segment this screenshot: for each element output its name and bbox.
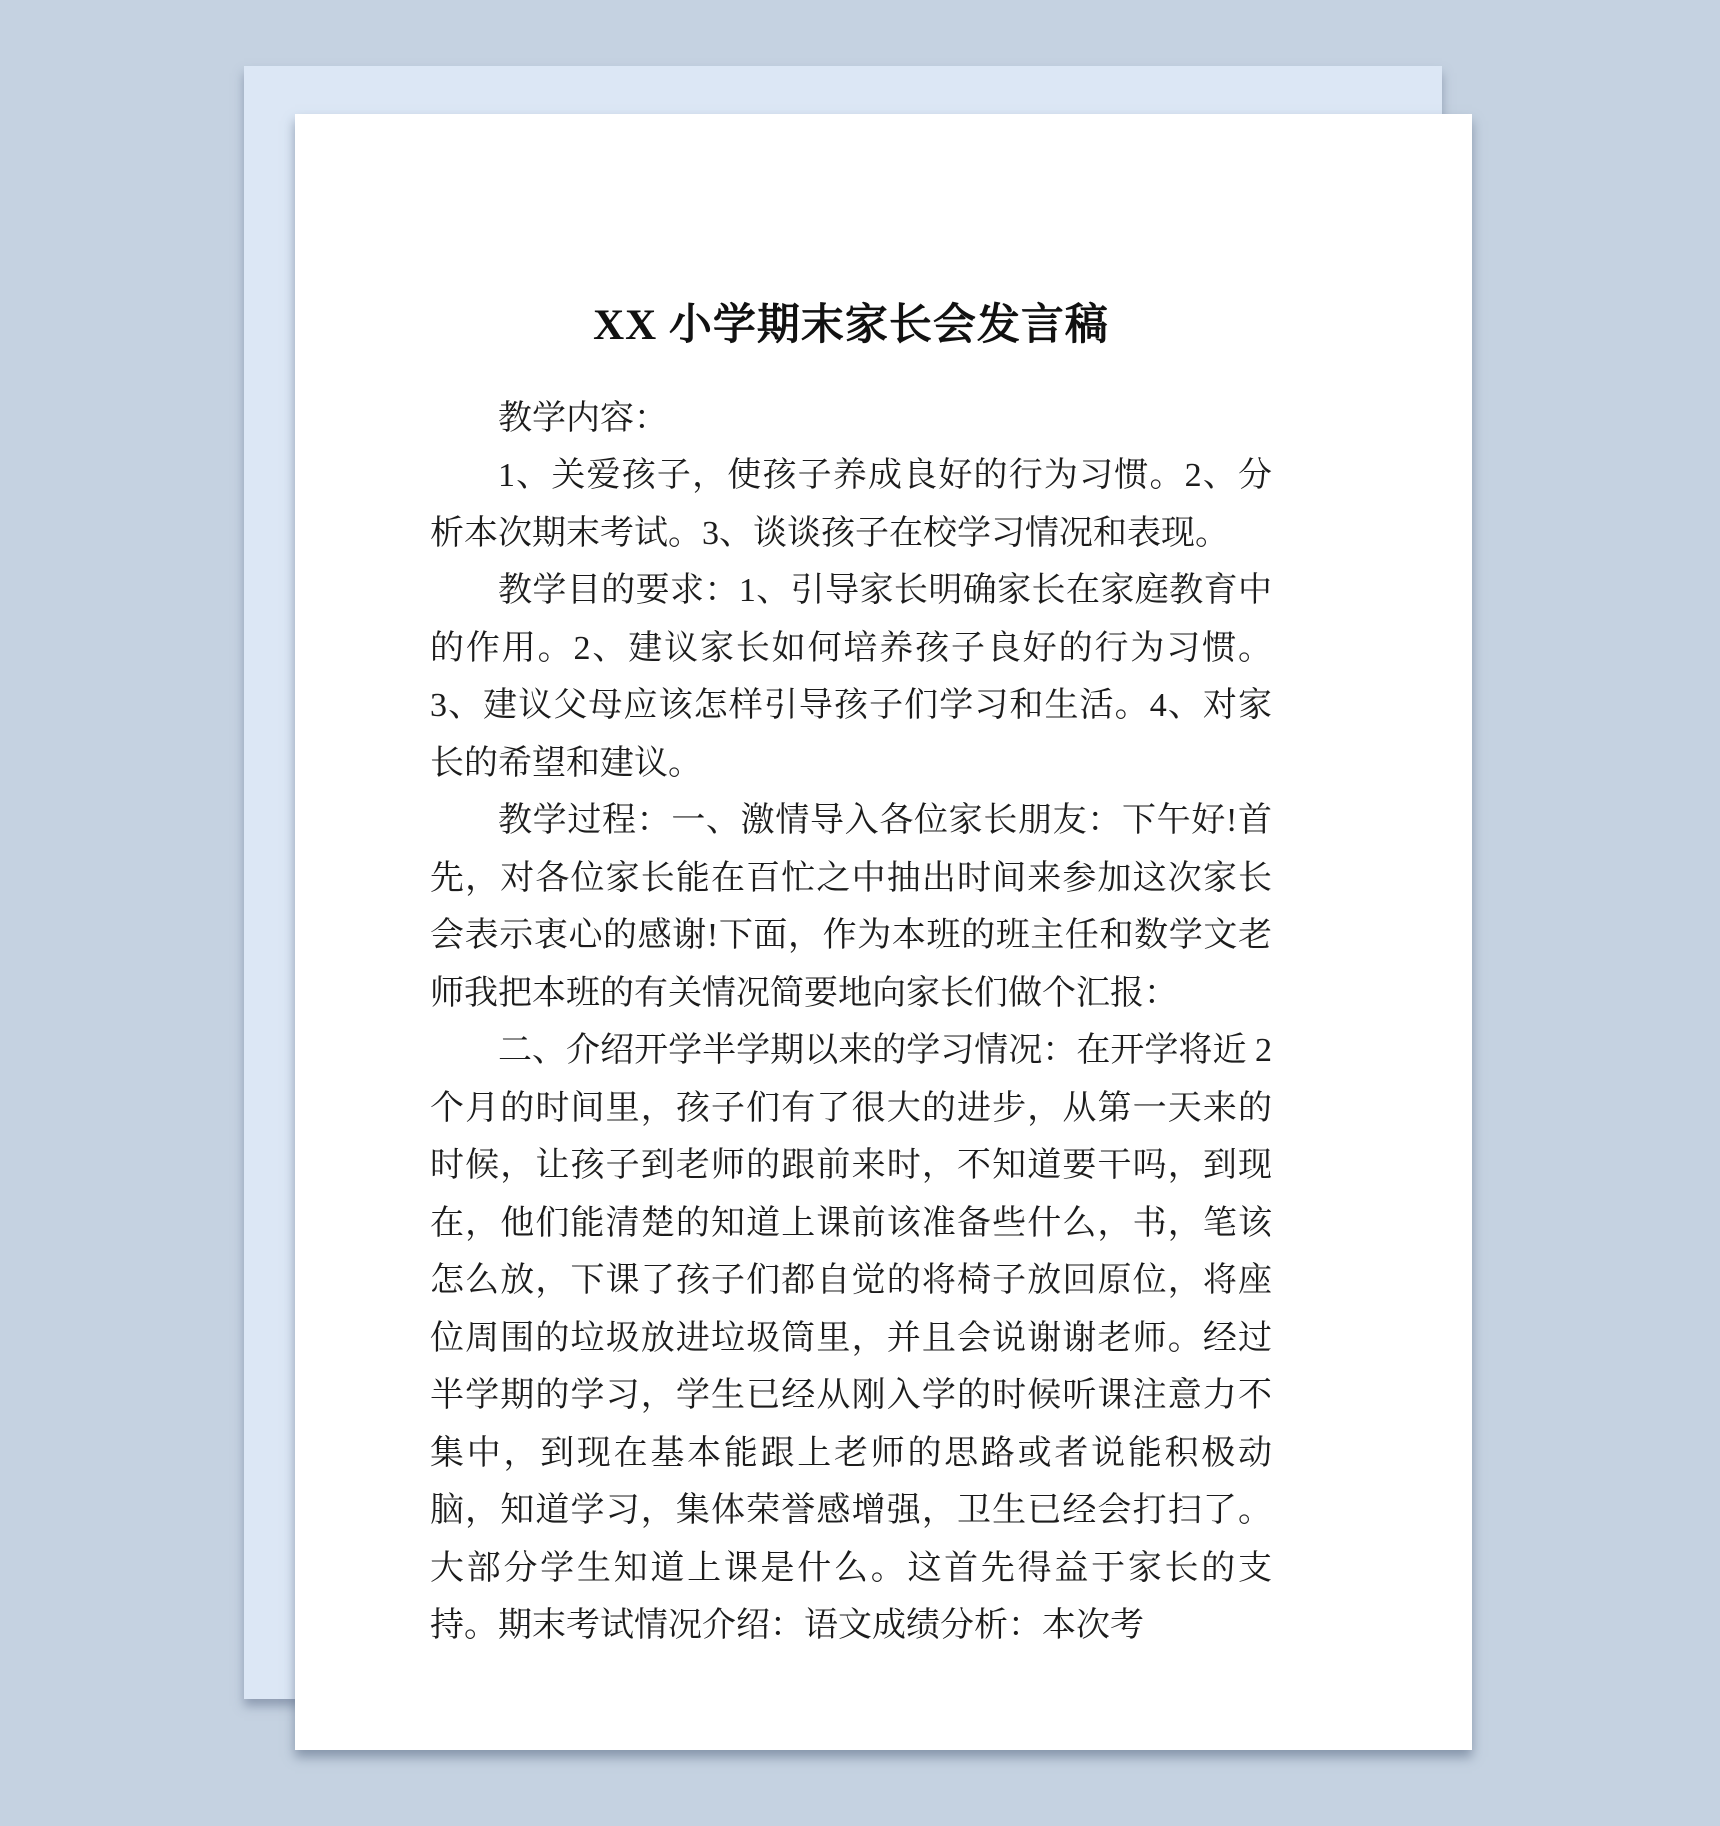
paragraph-semester-learning-situation: 二、介绍开学半学期以来的学习情况：在开学将近 2 个月的时间里，孩子们有了很大的… [430, 1022, 1272, 1655]
paragraph-teaching-objectives: 教学目的要求：1、引导家长明确家长在家庭教育中的作用。2、建议家长如何培养孩子良… [430, 562, 1272, 792]
document-title: XX 小学期末家长会发言稿 [430, 300, 1272, 352]
document-body: 教学内容： 1、关爱孩子，使孩子养成良好的行为习惯。2、分析本次期末考试。3、谈… [430, 390, 1272, 1655]
paragraph-teaching-content-items: 1、关爱孩子，使孩子养成良好的行为习惯。2、分析本次期末考试。3、谈谈孩子在校学… [430, 447, 1272, 562]
document-viewer-background: XX 小学期末家长会发言稿 教学内容： 1、关爱孩子，使孩子养成良好的行为习惯。… [0, 0, 1720, 1826]
paragraph-teaching-process-intro: 教学过程：一、激情导入各位家长朋友：下午好!首先，对各位家长能在百忙之中抽出时间… [430, 792, 1272, 1022]
paragraph-teaching-content-heading: 教学内容： [430, 390, 1272, 448]
document-page: XX 小学期末家长会发言稿 教学内容： 1、关爱孩子，使孩子养成良好的行为习惯。… [295, 114, 1472, 1750]
